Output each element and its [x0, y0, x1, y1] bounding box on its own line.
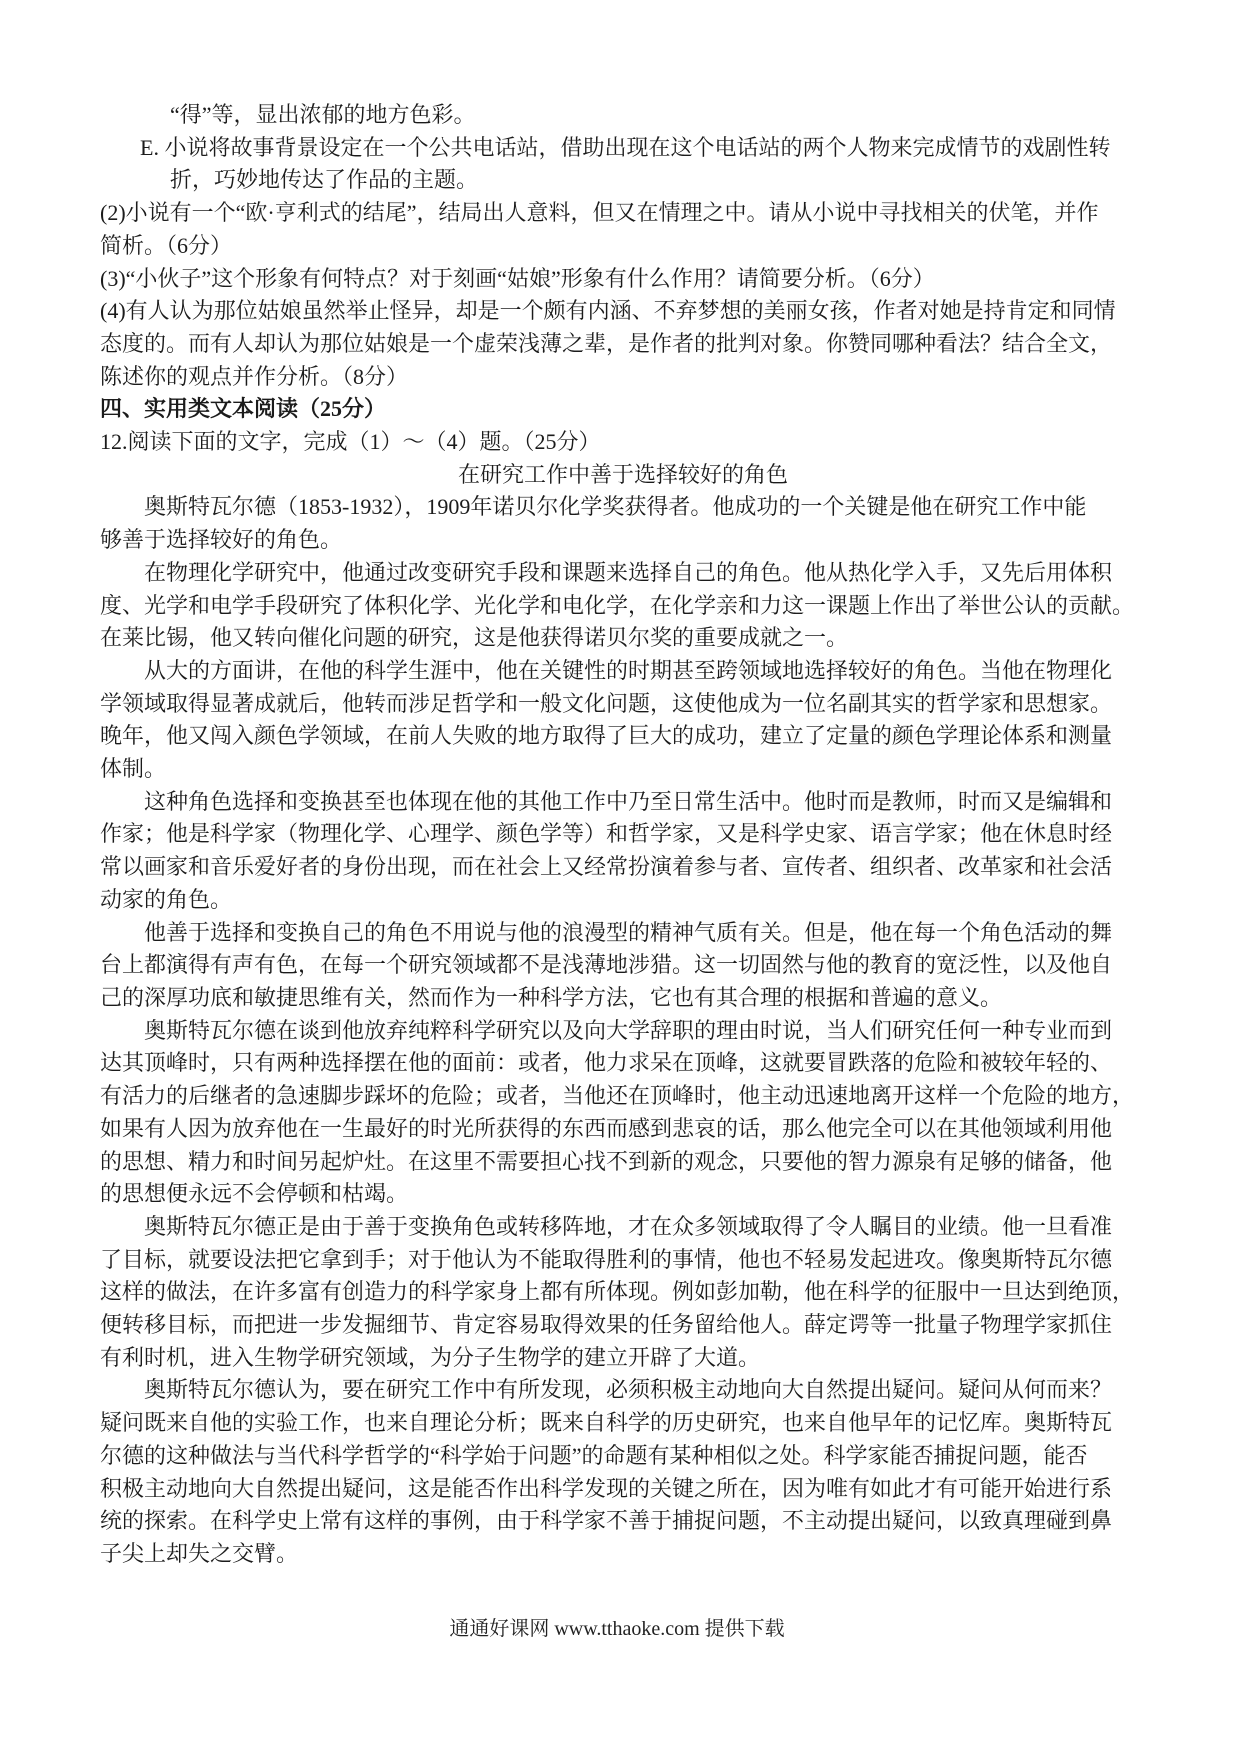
essay-p6-line: 的思想、精力和时间另起炉灶。在这里不需要担心找不到新的观念，只要他的智力源泉有足…: [100, 1146, 1146, 1179]
essay-p8-line: 奥斯特瓦尔德认为，要在研究工作中有所发现，必须积极主动地向大自然提出疑问。疑问从…: [100, 1374, 1146, 1407]
essay-p4-line: 动家的角色。: [100, 884, 1146, 917]
essay-p7-line: 了目标，就要设法把它拿到手；对于他认为不能取得胜利的事情，他也不轻易发起进攻。像…: [100, 1244, 1146, 1277]
option-e-continuation: 折，巧妙地传达了作品的主题。: [100, 164, 1146, 197]
essay-p5-line: 他善于选择和变换自己的角色不用说与他的浪漫型的精神气质有关。但是，他在每一个角色…: [100, 917, 1146, 950]
essay-title: 在研究工作中善于选择较好的角色: [100, 459, 1146, 492]
document-page: “得”等，显出浓郁的地方色彩。 E. 小说将故事背景设定在一个公共电话站，借助出…: [0, 0, 1234, 1748]
essay-p7-line: 奥斯特瓦尔德正是由于善于变换角色或转移阵地，才在众多领域取得了令人瞩目的业绩。他…: [100, 1211, 1146, 1244]
question-2-line: (2)小说有一个“欧·亨利式的结尾”，结局出人意料，但又在情理之中。请从小说中寻…: [100, 197, 1146, 230]
essay-p3-line: 学领域取得显著成就后，他转而涉足哲学和一般文化问题，这使他成为一位名副其实的哲学…: [100, 688, 1146, 721]
question-4-continuation: 陈述你的观点并作分析。（8分）: [100, 361, 1146, 394]
essay-p6-line: 奥斯特瓦尔德在谈到他放弃纯粹科学研究以及向大学辞职的理由时说，当人们研究任何一种…: [100, 1015, 1146, 1048]
exam-text-block: “得”等，显出浓郁的地方色彩。 E. 小说将故事背景设定在一个公共电话站，借助出…: [100, 99, 1146, 1571]
question-3-line: (3)“小伙子”这个形象有何特点？对于刻画“姑娘”形象有什么作用？请简要分析。（…: [100, 263, 1146, 296]
option-e-line: E. 小说将故事背景设定在一个公共电话站，借助出现在这个电话站的两个人物来完成情…: [100, 132, 1146, 165]
essay-p7-line: 这样的做法，在许多富有创造力的科学家身上都有所体现。例如彭加勒，他在科学的征服中…: [100, 1276, 1146, 1309]
essay-p8-line: 子尖上却失之交臂。: [100, 1538, 1146, 1571]
essay-p2-line: 在物理化学研究中，他通过改变研究手段和课题来选择自己的角色。他从热化学入手，又先…: [100, 557, 1146, 590]
essay-p8-line: 疑问既来自他的实验工作，也来自理论分析；既来自科学的历史研究，也来自他早年的记忆…: [100, 1407, 1146, 1440]
essay-p4-line: 作家；他是科学家（物理化学、心理学、颜色学等）和哲学家，又是科学史家、语言学家；…: [100, 818, 1146, 851]
section-4-heading: 四、实用类文本阅读（25分）: [100, 393, 1146, 426]
footer-credit: 通通好课网 www.tthaoke.com 提供下载: [0, 1612, 1234, 1641]
essay-p2-line: 度、光学和电学手段研究了体积化学、光化学和电化学，在化学亲和力这一课题上作出了举…: [100, 590, 1146, 623]
essay-p8-line: 尔德的这种做法与当代科学哲学的“科学始于问题”的命题有某种相似之处。科学家能否捕…: [100, 1440, 1146, 1473]
essay-p7-line: 有利时机，进入生物学研究领域，为分子生物学的建立开辟了大道。: [100, 1342, 1146, 1375]
question-4-line: (4)有人认为那位姑娘虽然举止怪异，却是一个颇有内涵、不弃梦想的美丽女孩，作者对…: [100, 295, 1146, 328]
essay-p2-line: 在莱比锡，他又转向催化问题的研究，这是他获得诺贝尔奖的重要成就之一。: [100, 622, 1146, 655]
essay-p5-line: 己的深厚功底和敏捷思维有关，然而作为一种科学方法，它也有其合理的根据和普遍的意义…: [100, 982, 1146, 1015]
essay-p6-line: 有活力的后继者的急速脚步踩坏的危险；或者，当他还在顶峰时，他主动迅速地离开这样一…: [100, 1080, 1146, 1113]
question-4-continuation: 态度的。而有人却认为那位姑娘是一个虚荣浅薄之辈，是作者的批判对象。你赞同哪种看法…: [100, 328, 1146, 361]
essay-p8-line: 统的探索。在科学史上常有这样的事例，由于科学家不善于捕捉问题，不主动提出疑问，以…: [100, 1505, 1146, 1538]
essay-p6-line: 的思想便永远不会停顿和枯竭。: [100, 1178, 1146, 1211]
essay-p7-line: 便转移目标，而把进一步发掘细节、肯定容易取得效果的任务留给他人。薛定谔等一批量子…: [100, 1309, 1146, 1342]
essay-p6-line: 如果有人因为放弃他在一生最好的时光所获得的东西而感到悲哀的话，那么他完全可以在其…: [100, 1113, 1146, 1146]
option-d-continuation: “得”等，显出浓郁的地方色彩。: [100, 99, 1146, 132]
question-2-continuation: 简析。（6分）: [100, 230, 1146, 263]
essay-p3-line: 从大的方面讲，在他的科学生涯中，他在关键性的时期甚至跨领域地选择较好的角色。当他…: [100, 655, 1146, 688]
essay-p8-line: 积极主动地向大自然提出疑问，这是能否作出科学发现的关键之所在，因为唯有如此才有可…: [100, 1473, 1146, 1506]
essay-p1-line: 够善于选择较好的角色。: [100, 524, 1146, 557]
essay-p4-line: 这种角色选择和变换甚至也体现在他的其他工作中乃至日常生活中。他时而是教师，时而又…: [100, 786, 1146, 819]
essay-p3-line: 体制。: [100, 753, 1146, 786]
essay-p6-line: 达其顶峰时，只有两种选择摆在他的面前：或者，他力求呆在顶峰，这就要冒跌落的危险和…: [100, 1047, 1146, 1080]
essay-p1-line: 奥斯特瓦尔德（1853-1932），1909年诺贝尔化学奖获得者。他成功的一个关…: [100, 491, 1146, 524]
question-12-intro: 12.阅读下面的文字，完成（1）～（4）题。（25分）: [100, 426, 1146, 459]
essay-p5-line: 台上都演得有声有色，在每一个研究领域都不是浅薄地涉猎。这一切固然与他的教育的宽泛…: [100, 949, 1146, 982]
essay-p3-line: 晚年，他又闯入颜色学领域，在前人失败的地方取得了巨大的成功，建立了定量的颜色学理…: [100, 720, 1146, 753]
essay-p4-line: 常以画家和音乐爱好者的身份出现，而在社会上又经常扮演着参与者、宣传者、组织者、改…: [100, 851, 1146, 884]
